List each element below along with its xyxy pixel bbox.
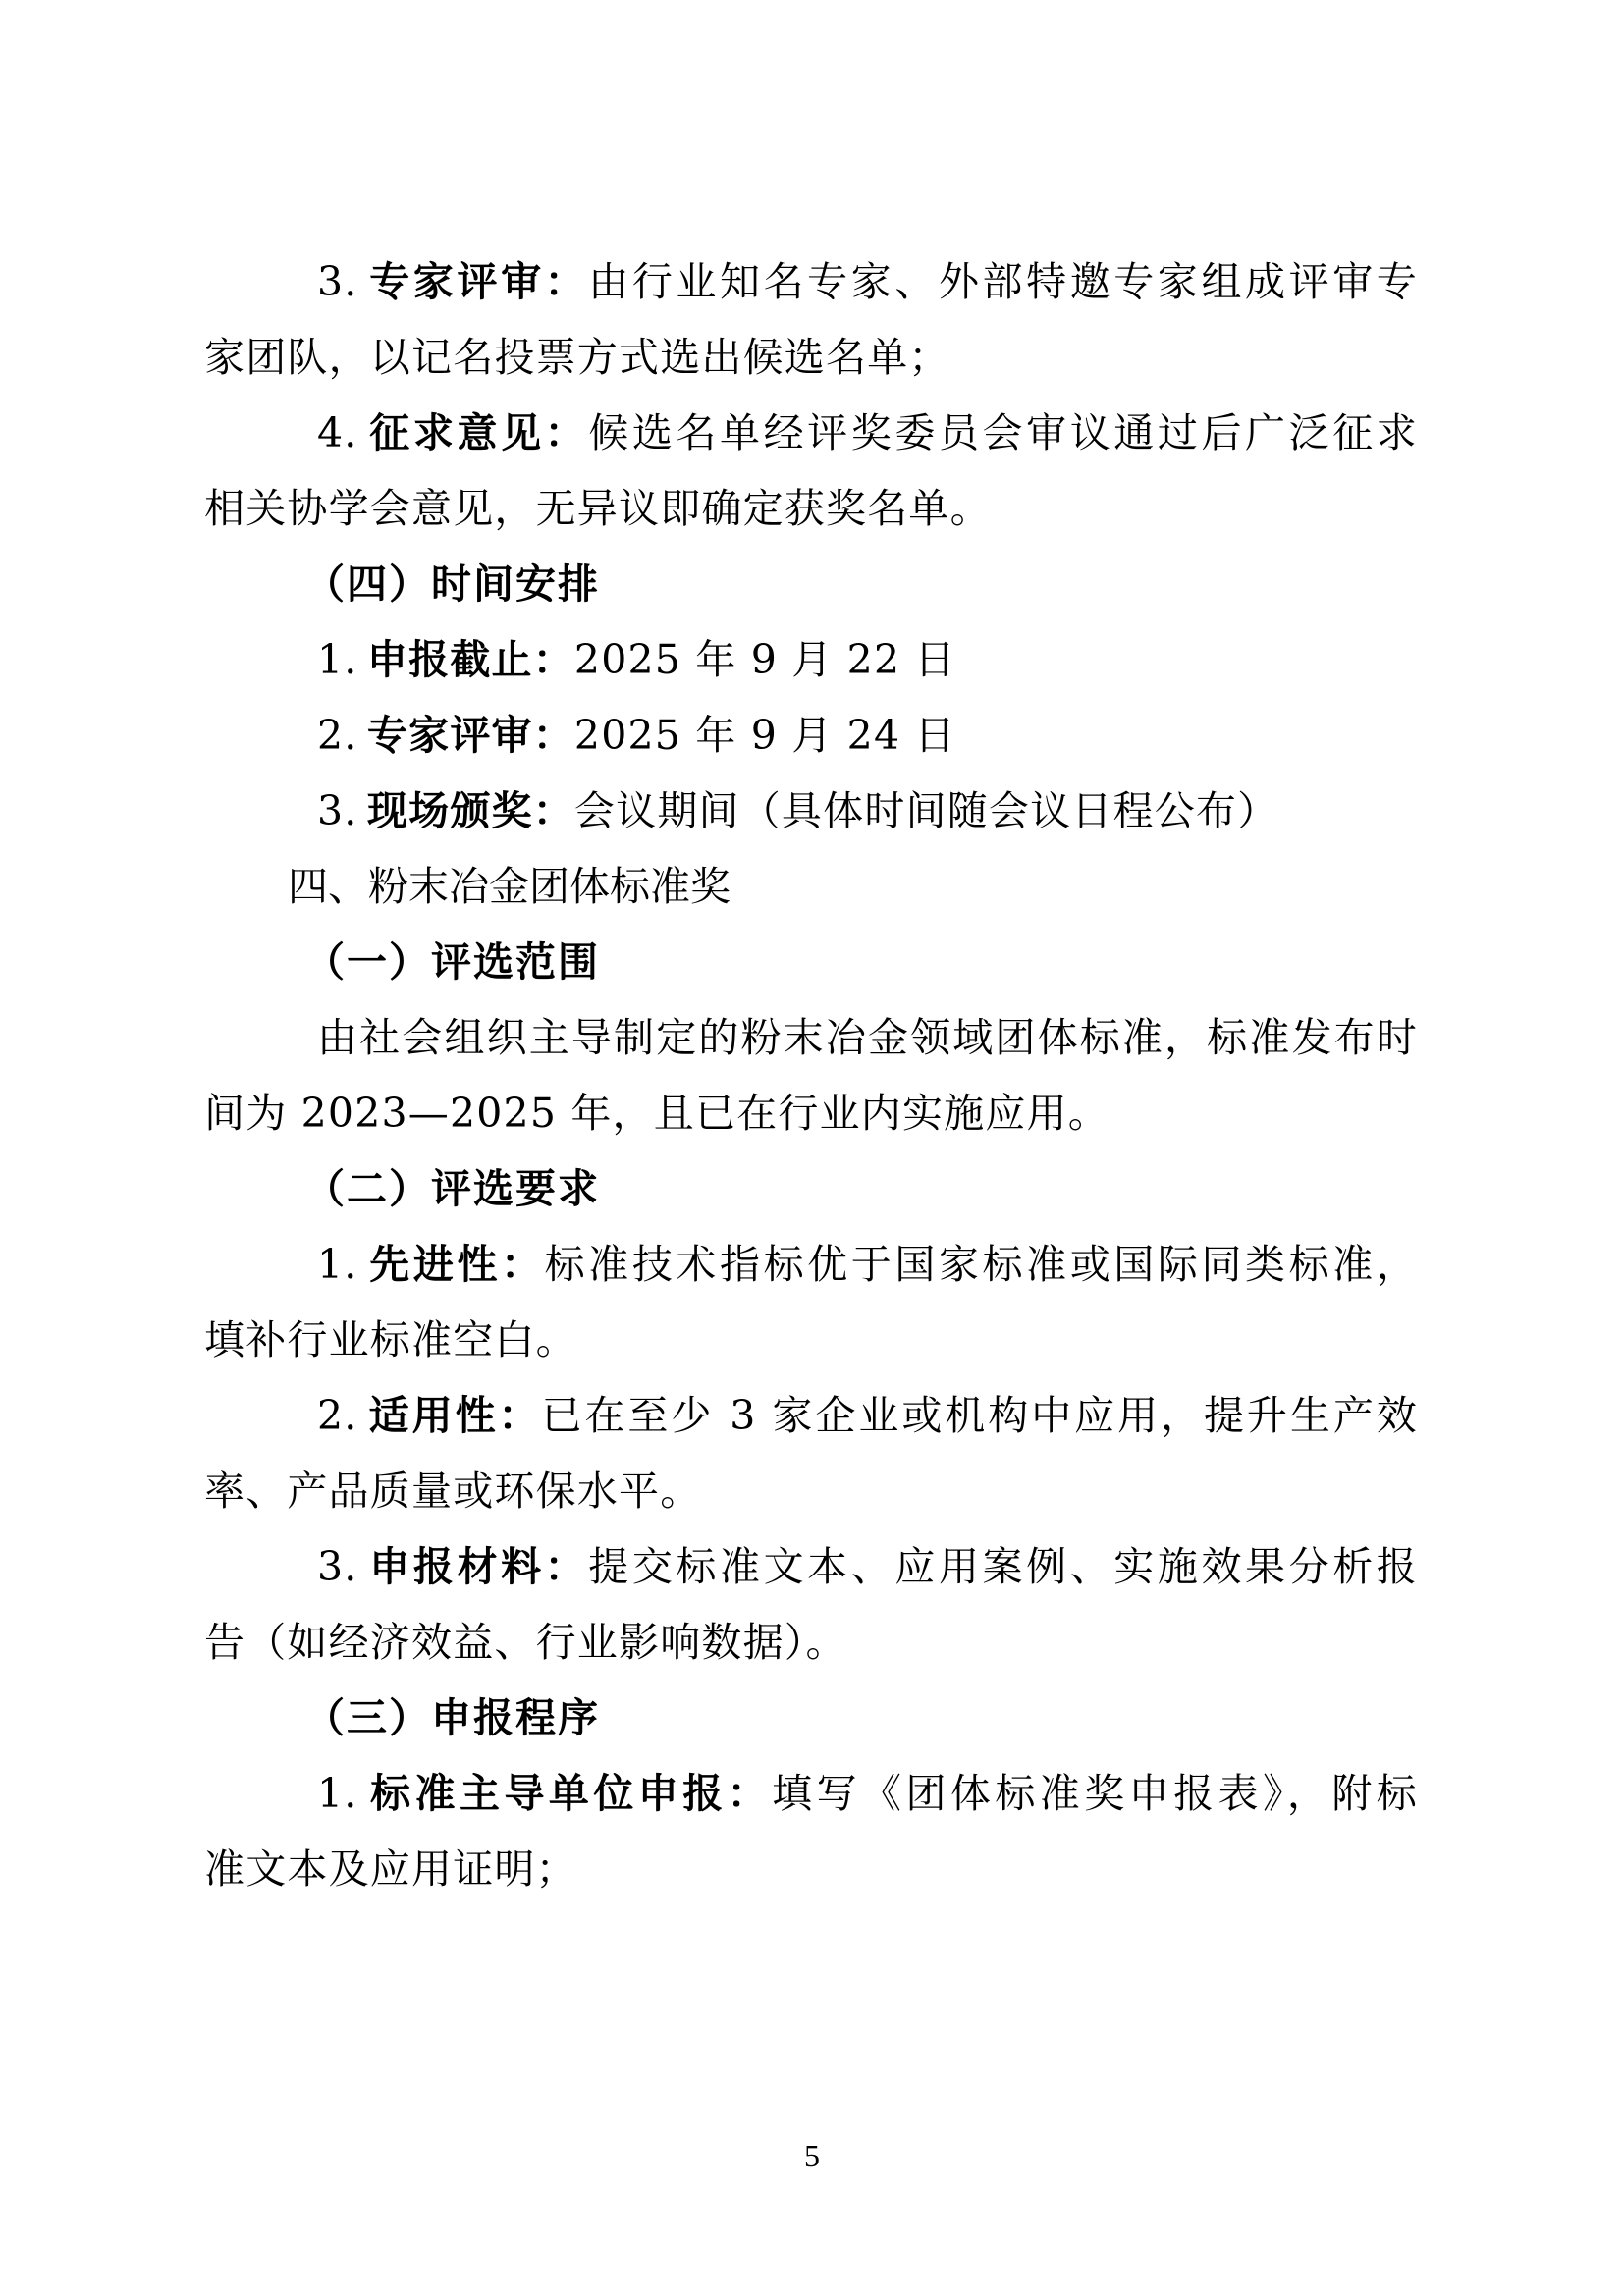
section-heading-requirements: （二）评选要求 (304, 1161, 1518, 1216)
item-number: 3. (317, 787, 358, 834)
schedule-item-expert-review: 2. 专家评审：2025 年 9 月 24 日 (317, 708, 1418, 763)
item-label: 专家评审： (367, 258, 588, 305)
item-number: 2. (317, 712, 358, 759)
requirement-item-advanced: 1. 先进性：标准技术指标优于国家标准或国际同类标准， (317, 1237, 1418, 1292)
item-text: 已在至少 3 家企业或机构中应用，提升生产效 (541, 1392, 1418, 1439)
item-number: 2. (317, 1392, 358, 1439)
item-number: 3. (317, 258, 358, 305)
section-heading-procedure: （三）申报程序 (304, 1690, 1518, 1745)
item-number: 1. (317, 1241, 358, 1288)
item-label: 先进性： (367, 1241, 545, 1288)
item-number: 3. (317, 1543, 358, 1590)
item-number: 1. (317, 1770, 358, 1817)
chapter-heading: 四、粉末冶金团体标准奖 (288, 859, 1501, 914)
item-text: 填写《团体标准奖申报表》，附标 (772, 1770, 1418, 1817)
paragraph-continuation: 率、产品质量或环保水平。 (204, 1464, 1418, 1519)
item-label: 现场颁奖： (367, 787, 574, 834)
item-date: 2025 年 9 月 22 日 (574, 636, 956, 683)
paragraph-continuation: 告（如经济效益、行业影响数据）。 (204, 1615, 1418, 1670)
paragraph-scope: 由社会组织主导制定的粉末冶金领域团体标准，标准发布时 (317, 1010, 1418, 1065)
schedule-item-award-ceremony: 3. 现场颁奖：会议期间（具体时间随会议日程公布） (317, 783, 1418, 838)
paragraph-continuation: 填补行业标准空白。 (204, 1312, 1418, 1367)
paragraph-item-expert-review: 3. 专家评审：由行业知名专家、外部特邀专家组成评审专 (317, 254, 1418, 309)
page-number: 5 (0, 2138, 1624, 2174)
schedule-item-deadline: 1. 申报截止：2025 年 9 月 22 日 (317, 632, 1418, 687)
document-page: 3. 专家评审：由行业知名专家、外部特邀专家组成评审专 家团队，以记名投票方式选… (0, 0, 1624, 2296)
item-label: 专家评审： (367, 712, 574, 759)
item-label: 适用性： (367, 1392, 542, 1439)
paragraph-continuation: 准文本及应用证明； (204, 1842, 1418, 1896)
section-heading-schedule: （四）时间安排 (304, 557, 1518, 612)
item-number: 4. (317, 409, 358, 456)
paragraph-continuation: 相关协学会意见，无异议即确定获奖名单。 (204, 481, 1418, 536)
paragraph-item-solicit-opinions: 4. 征求意见：候选名单经评奖委员会审议通过后广泛征求 (317, 405, 1418, 460)
requirement-item-materials: 3. 申报材料：提交标准文本、应用案例、实施效果分析报 (317, 1539, 1418, 1594)
item-text: 会议期间（具体时间随会议日程公布） (574, 787, 1278, 834)
item-text: 提交标准文本、应用案例、实施效果分析报 (588, 1543, 1418, 1590)
item-label: 申报截止： (367, 636, 574, 683)
item-label: 标准主导单位申报： (367, 1770, 772, 1817)
section-heading-scope: （一）评选范围 (304, 934, 1518, 989)
item-number: 1. (317, 636, 358, 683)
paragraph-continuation: 家团队，以记名投票方式选出候选名单； (204, 330, 1418, 385)
item-text: 标准技术指标优于国家标准或国际同类标准， (545, 1241, 1418, 1288)
item-text: 由行业知名专家、外部特邀专家组成评审专 (588, 258, 1418, 305)
requirement-item-applicability: 2. 适用性：已在至少 3 家企业或机构中应用，提升生产效 (317, 1388, 1418, 1443)
item-label: 征求意见： (367, 409, 588, 456)
paragraph-continuation: 间为 2023—2025 年，且已在行业内实施应用。 (204, 1086, 1418, 1141)
item-label: 申报材料： (367, 1543, 588, 1590)
item-text: 候选名单经评奖委员会审议通过后广泛征求 (588, 409, 1418, 456)
item-date: 2025 年 9 月 24 日 (574, 712, 956, 759)
procedure-item-unit-application: 1. 标准主导单位申报：填写《团体标准奖申报表》，附标 (317, 1766, 1418, 1821)
